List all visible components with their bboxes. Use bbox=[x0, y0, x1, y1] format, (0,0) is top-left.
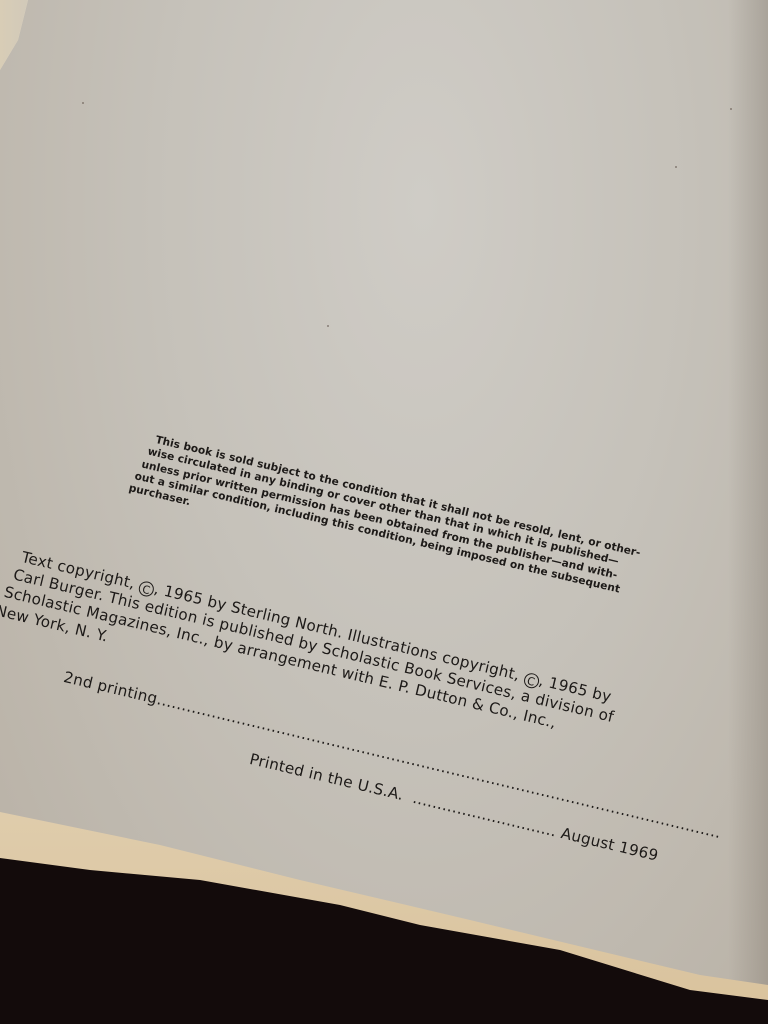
copyright-line-3: Scholastic Magazines, Inc., by arrangeme… bbox=[2, 583, 611, 746]
printing-label: 2nd printing bbox=[62, 668, 159, 708]
photo-scene: This book is sold subject to the conditi… bbox=[0, 0, 768, 1024]
paper-speck bbox=[327, 325, 329, 327]
paper-speck bbox=[82, 102, 84, 104]
paper-speck bbox=[675, 166, 677, 168]
copyright-line-2: Carl Burger. This edition is published b… bbox=[11, 566, 615, 728]
resale-notice: This book is sold subject to the conditi… bbox=[142, 434, 642, 612]
page-edge-shadow bbox=[728, 0, 768, 1000]
printing-date: August 1969 bbox=[559, 824, 660, 865]
paper-speck bbox=[730, 108, 732, 110]
paper-speck bbox=[548, 948, 550, 950]
notice-line: unless prior written permission has been… bbox=[140, 458, 636, 586]
